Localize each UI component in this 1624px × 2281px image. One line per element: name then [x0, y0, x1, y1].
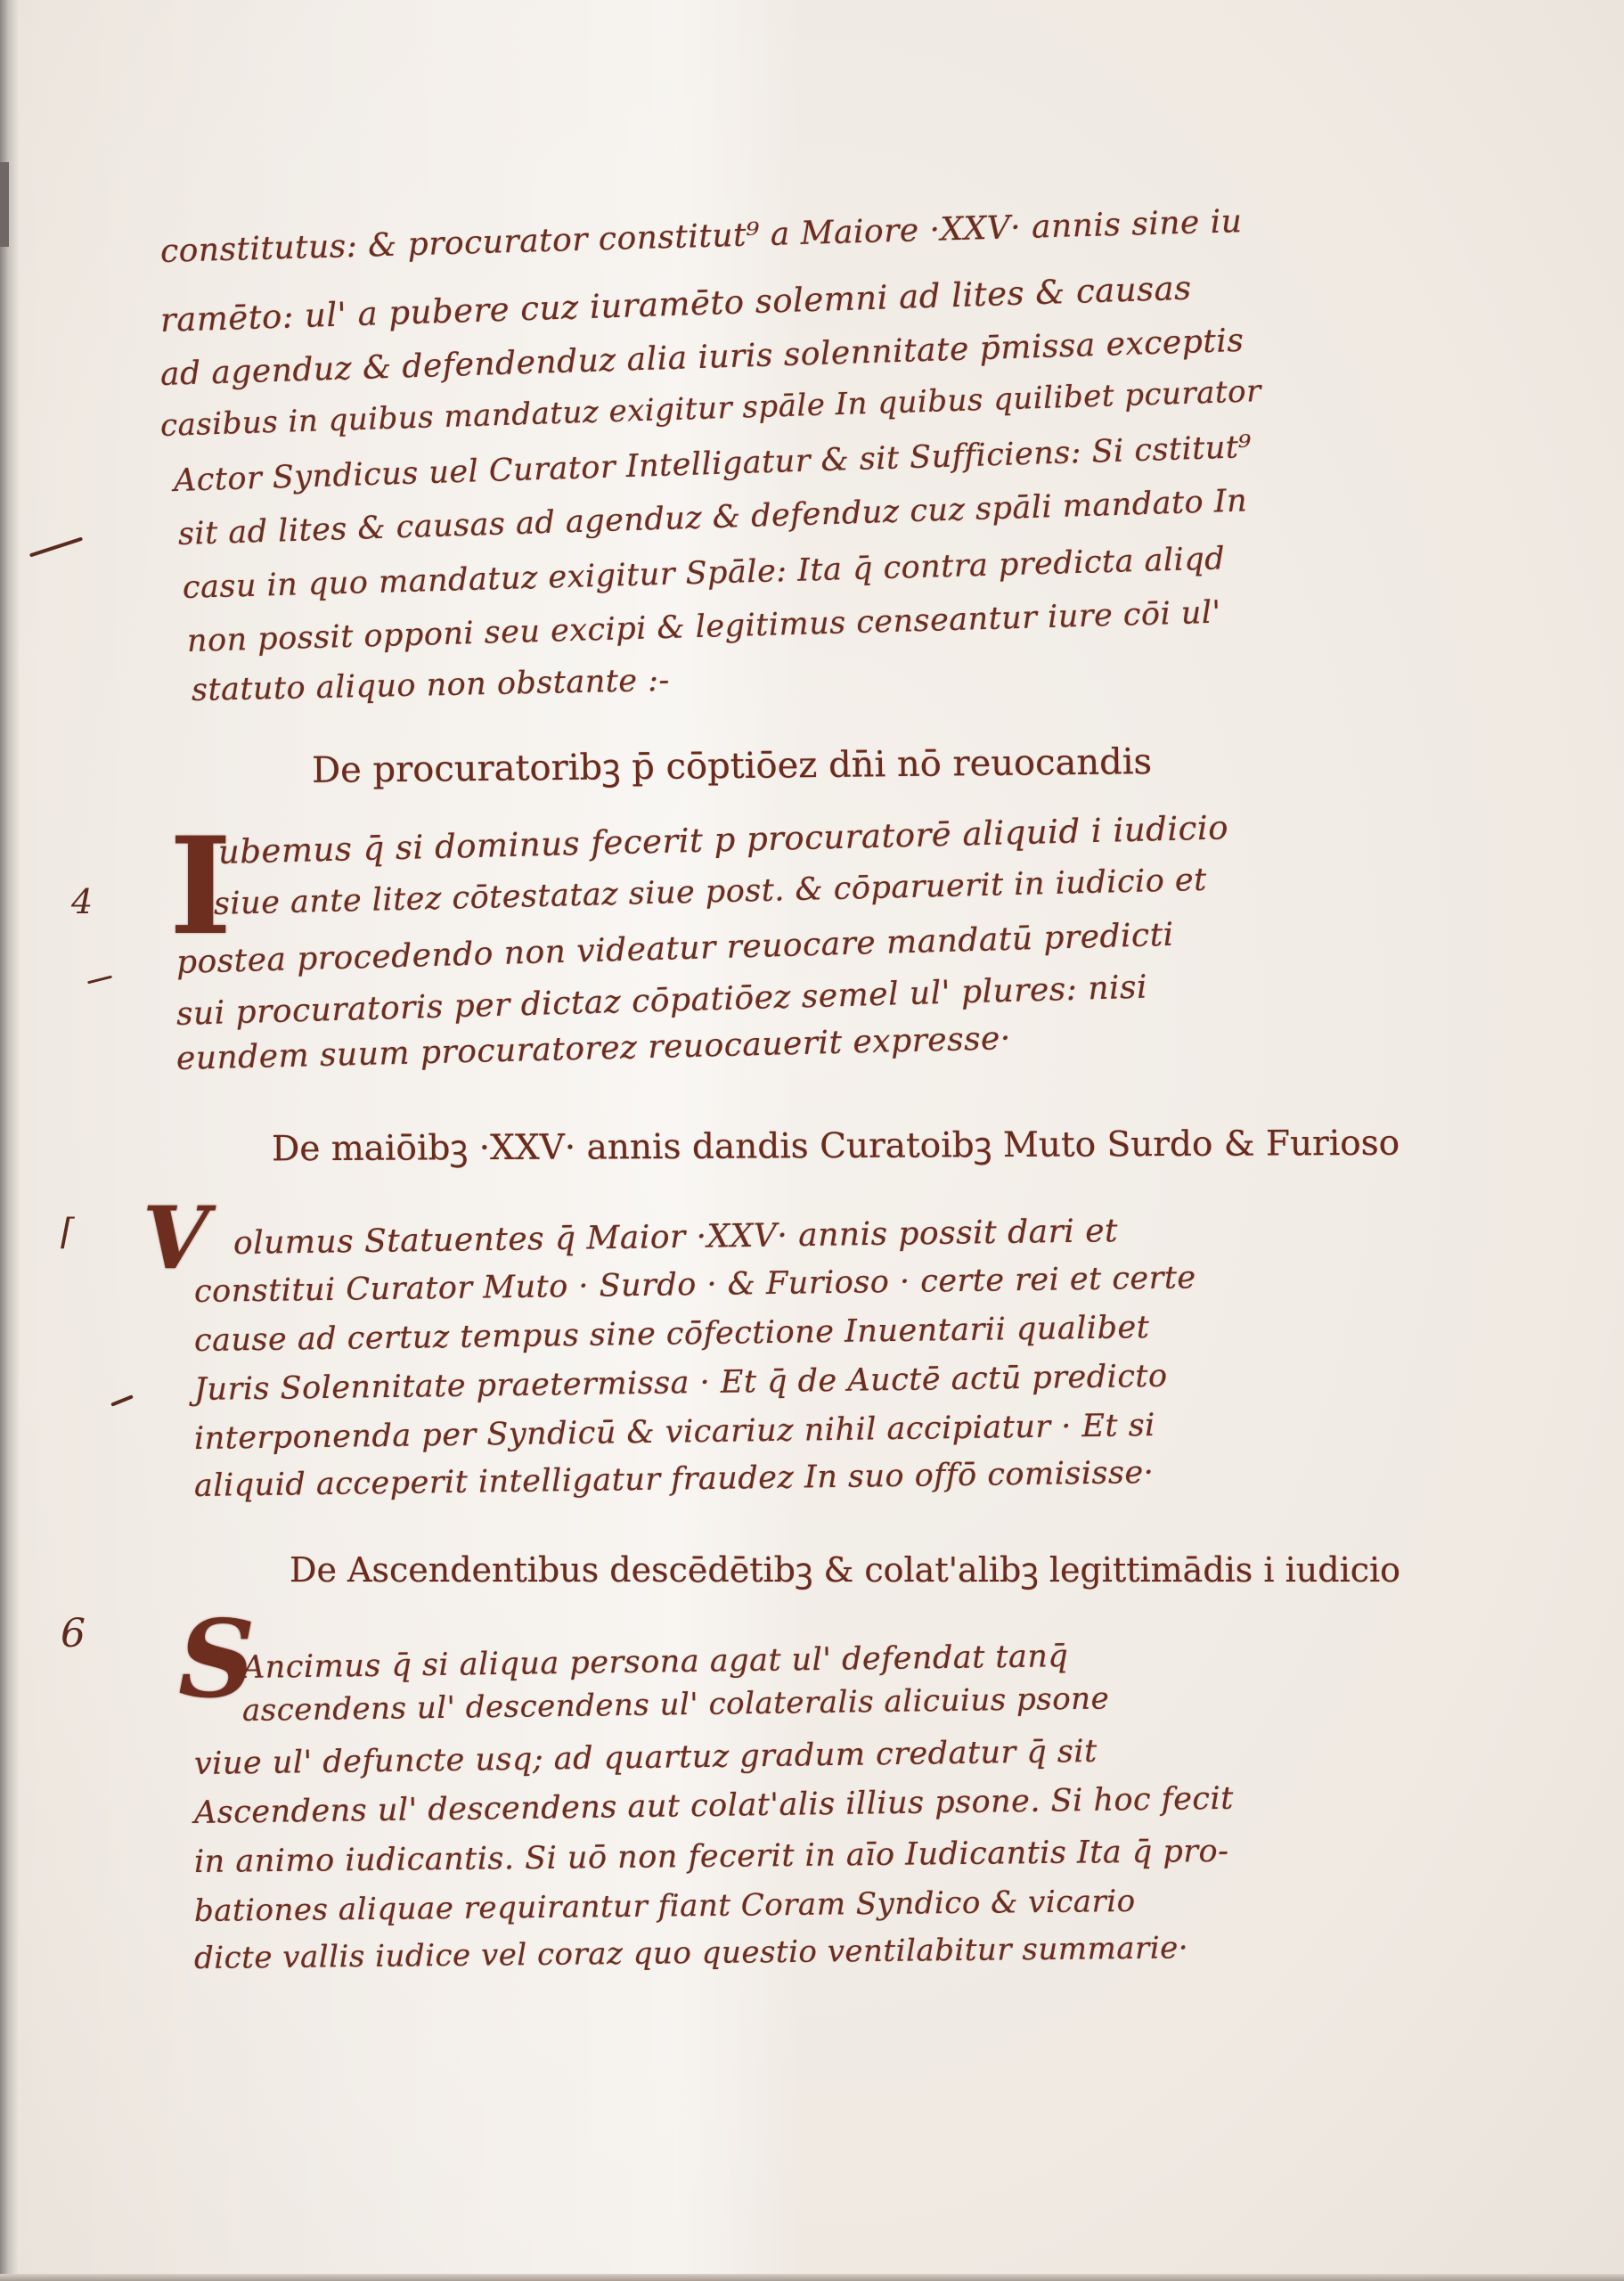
text-line: dicte vallis iudice vel coraz quo questi…: [194, 1930, 1188, 1976]
text-line: aliquid acceperit intelligatur fraudez I…: [194, 1455, 1155, 1504]
text-line: Ancimus q̄ si aliqua persona agat ul' de…: [242, 1639, 1069, 1686]
text-line: siue ante litez cōtestataz siue post. & …: [214, 863, 1208, 922]
book-spine-edge: [0, 0, 20, 2281]
margin-number-4: 4: [71, 882, 93, 921]
text-line: constitutus: & procurator constitut⁹ a M…: [159, 203, 1243, 270]
text-line: statuto aliquo non obstante :-: [192, 663, 671, 708]
margin-dash-mark: [87, 976, 112, 985]
text-line: casu in quo mandatuz exigitur Spāle: Ita…: [182, 541, 1225, 606]
text-line: interponenda per Syndicū & vicariuz nihi…: [194, 1408, 1155, 1457]
section-3-heading: De maiōibꝫ ·XXV· annis dandis Curatoibꝫ …: [272, 1118, 1400, 1172]
text-line: non possit opponi seu excipi & legitimus…: [186, 595, 1221, 659]
text-line: bationes aliquae requirantur fiant Coram…: [194, 1884, 1136, 1929]
manuscript-page: constitutus: & procurator constitut⁹ a M…: [0, 0, 1624, 2281]
margin-dash-mark: [110, 1394, 134, 1406]
text-line: olumus Statuentes q̄ Maior ·XXV· annis p…: [233, 1213, 1119, 1262]
section-2-heading: De procuratoribꝫ p̄ cōptiōez dn̄i nō reu…: [312, 735, 1153, 793]
margin-bracket-mark: ⌈: [61, 1212, 75, 1253]
margin-dash-mark: [29, 537, 83, 558]
section-4-heading: De Ascendentibus descēdētibꝫ & colat'ali…: [290, 1546, 1400, 1592]
text-line: cause ad certuz tempus sine cōfectione I…: [194, 1310, 1150, 1359]
text-line: ascendens ul' descendens ul' colateralis…: [242, 1680, 1110, 1729]
text-line: in animo iudicantis. Si uō non fecerit i…: [194, 1834, 1229, 1880]
spine-tab: [0, 162, 9, 247]
margin-number-6: 6: [61, 1611, 86, 1656]
text-line: constitui Curator Muto · Surdo · & Furio…: [194, 1260, 1196, 1310]
text-line: Juris Solennitate praetermissa · Et q̄ d…: [194, 1359, 1168, 1408]
text-line: Ascendens ul' descendens aut colat'alis …: [194, 1781, 1234, 1831]
page-bottom-edge: [0, 2274, 1624, 2281]
text-line: viue ul' defuncte usq; ad quartuz gradum…: [194, 1734, 1098, 1782]
drop-cap-V: V: [143, 1194, 208, 1283]
text-line: ubemus q̄ si dominus fecerit p procurato…: [217, 808, 1228, 871]
text-line: postea procedendo non videatur reuocare …: [175, 917, 1174, 981]
